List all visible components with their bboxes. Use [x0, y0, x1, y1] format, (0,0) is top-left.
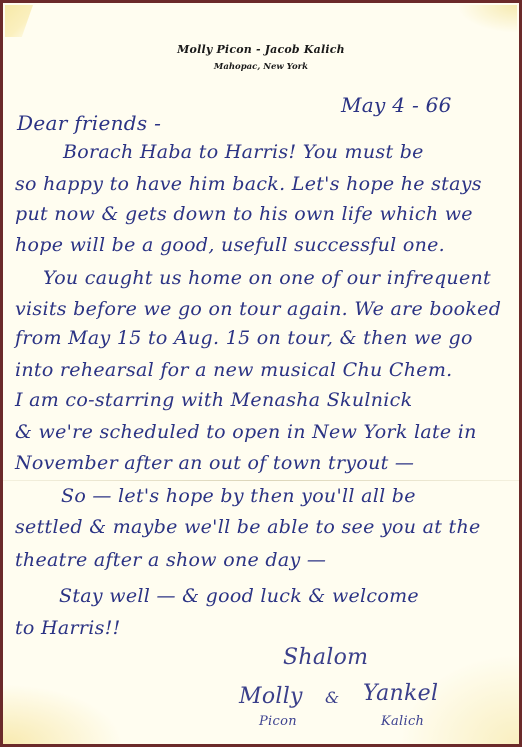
paper-stain-bottom-left — [3, 684, 123, 744]
letter-line: put now & gets down to his own life whic… — [15, 205, 473, 224]
letter-line: visits before we go on tour again. We ar… — [15, 300, 501, 319]
letter-line: & we're scheduled to open in New York la… — [15, 423, 477, 442]
signature-kalich: Kalich — [381, 715, 424, 728]
letter-line: so happy to have him back. Let's hope he… — [15, 175, 482, 194]
letter-page: Molly Picon - Jacob Kalich Mahopac, New … — [0, 0, 522, 747]
letter-line: You caught us home on one of our infrequ… — [43, 269, 491, 288]
letter-line: I am co-starring with Menasha Skulnick — [15, 391, 412, 410]
letter-line: hope will be a good, usefull successful … — [15, 236, 445, 255]
letter-line: theatre after a show one day — — [15, 551, 326, 570]
letter-line: into rehearsal for a new musical Chu Che… — [15, 361, 452, 380]
signature-yankel: Yankel — [363, 683, 438, 705]
letter-line: Borach Haba to Harris! You must be — [63, 143, 424, 162]
letter-line: Stay well — & good luck & welcome — [59, 587, 419, 606]
signature-molly: Molly — [239, 686, 303, 708]
letterhead-names: Molly Picon - Jacob Kalich — [3, 43, 519, 56]
signature-ampersand: & — [325, 690, 340, 706]
letterhead-location: Mahopac, New York — [3, 62, 519, 72]
paper-stain-top-right — [457, 5, 517, 33]
signature-picon: Picon — [259, 715, 297, 728]
letter-line: So — let's hope by then you'll all be — [61, 487, 416, 506]
letter-line: to Harris!! — [15, 619, 121, 638]
letter-closing: Shalom — [283, 647, 368, 669]
letter-line: from May 15 to Aug. 15 on tour, & then w… — [15, 329, 473, 348]
paper-stain-top-left — [5, 5, 33, 37]
letter-line: settled & maybe we'll be able to see you… — [15, 518, 481, 537]
paper-fold-line — [3, 480, 519, 481]
letter-salutation: Dear friends - — [17, 113, 161, 133]
letter-date: May 4 - 66 — [341, 95, 452, 115]
letterhead: Molly Picon - Jacob Kalich Mahopac, New … — [3, 43, 519, 72]
letter-line: November after an out of town tryout — — [15, 454, 414, 473]
